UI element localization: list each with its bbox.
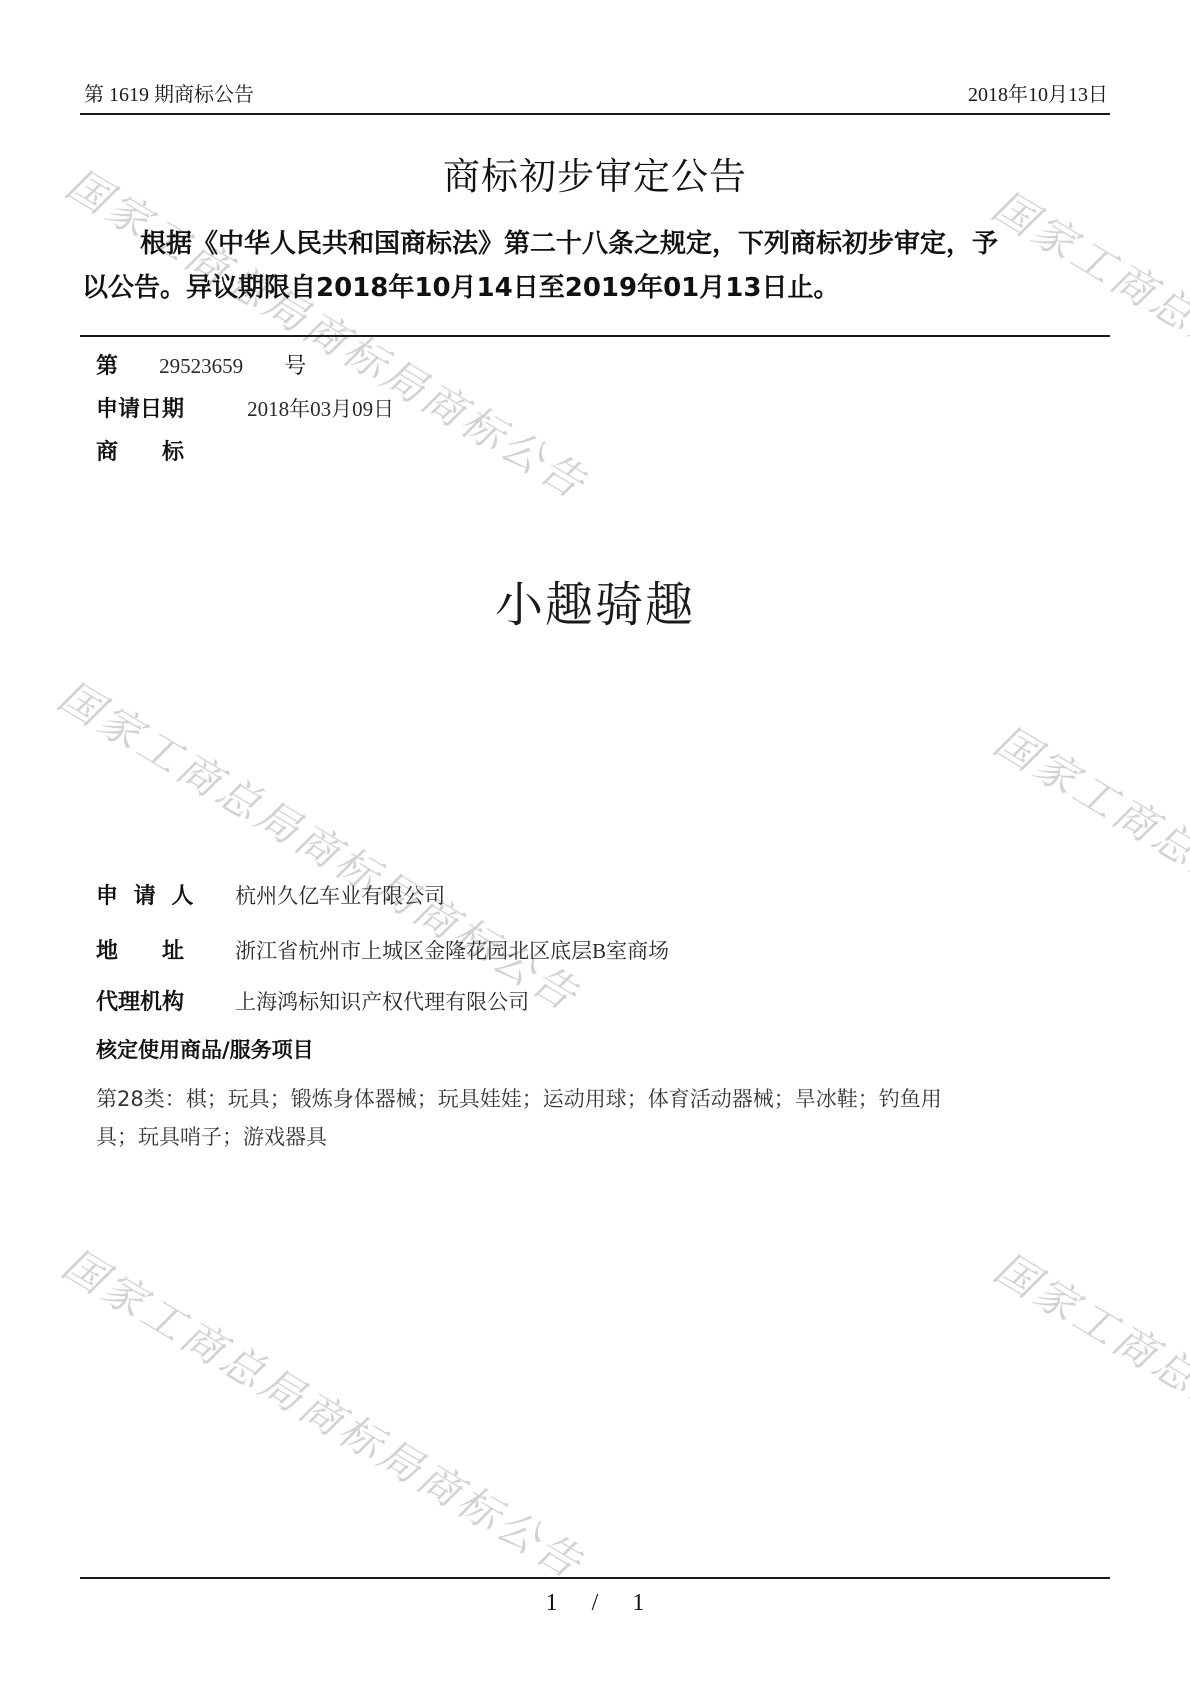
section-rule [80, 335, 1110, 337]
agent-label: 代理机构 [96, 985, 230, 1016]
application-date: 2018年03月09日 [247, 397, 394, 421]
applicant-name: 杭州久亿车业有限公司 [235, 884, 445, 908]
agent-row: 代理机构 上海鸿标知识产权代理有限公司 [96, 985, 529, 1016]
watermark: 国家工商总局商标局商标公告 [49, 664, 593, 1023]
footer-rule [80, 1577, 1110, 1579]
trademark-label: 商 标 [96, 440, 184, 465]
application-date-label: 申请日期 [96, 397, 184, 422]
number-prefix-label: 第 [96, 354, 118, 379]
registration-number: 29523659 [159, 354, 243, 378]
address-label: 地 址 [96, 934, 230, 965]
issue-date: 2018年10月13日 [968, 78, 1108, 107]
watermark: 国家工商总局商标局商标公告 [985, 1236, 1190, 1595]
goods-list: 第28类：棋；玩具；锻炼身体器械；玩具娃娃；运动用球；体育活动器械；旱冰鞋；钓鱼… [96, 1080, 1116, 1156]
issue-number: 第 1619 期商标公告 [84, 78, 254, 107]
agent-name: 上海鸿标知识产权代理有限公司 [235, 990, 529, 1014]
applicant-row: 申 请 人 杭州久亿车业有限公司 [96, 879, 445, 910]
intro-paragraph: 根据《中华人民共和国商标法》第二十八条之规定，下列商标初步审定，予 以公告。异议… [82, 222, 1112, 310]
registration-number-row: 第 29523659 号 [96, 349, 306, 380]
number-suffix-label: 号 [284, 354, 306, 379]
trademark-text: 小趣骑趣 [0, 566, 1190, 635]
goods-line-2: 具；玩具哨子；游戏器具 [96, 1118, 1116, 1156]
address-value: 浙江省杭州市上城区金隆花园北区底层B室商场 [235, 939, 669, 963]
header-rule [80, 113, 1110, 115]
trademark-row: 商 标 [96, 435, 184, 466]
intro-line-1: 根据《中华人民共和国商标法》第二十八条之规定，下列商标初步审定，予 [82, 222, 1112, 266]
page-title: 商标初步审定公告 [0, 146, 1190, 200]
address-row: 地 址 浙江省杭州市上城区金隆花园北区底层B室商场 [96, 934, 669, 965]
applicant-label: 申 请 人 [96, 879, 230, 910]
watermark: 国家工商总局商标局商标公告 [53, 1232, 597, 1591]
watermark: 国家工商总局商标局商标公告 [985, 709, 1190, 1068]
goods-line-1: 第28类：棋；玩具；锻炼身体器械；玩具娃娃；运动用球；体育活动器械；旱冰鞋；钓鱼… [96, 1080, 1116, 1118]
application-date-row: 申请日期 2018年03月09日 [96, 392, 394, 423]
intro-line-2: 以公告。异议期限自2018年10月14日至2019年01月13日止。 [82, 266, 1112, 310]
page-number: 1 / 1 [0, 1590, 1190, 1617]
goods-heading: 核定使用商品/服务项目 [96, 1034, 314, 1064]
